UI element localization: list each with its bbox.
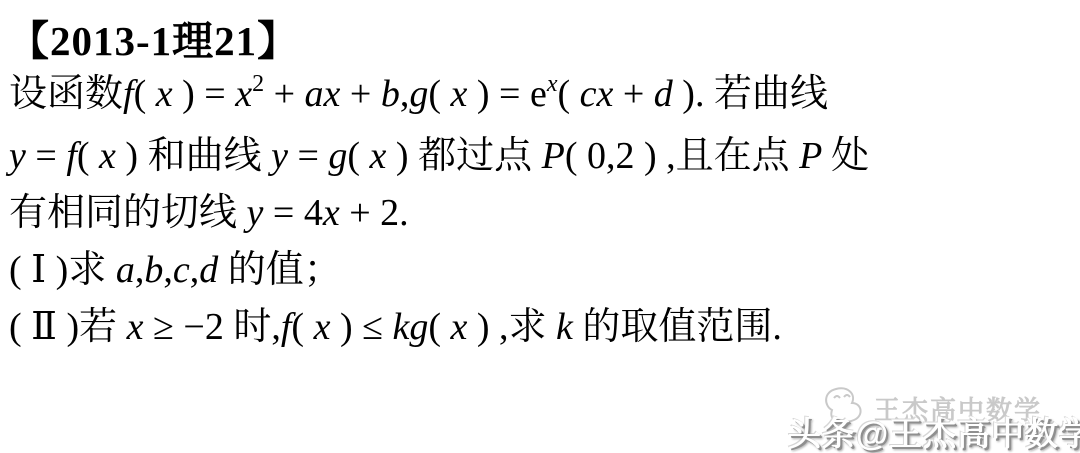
- text-segment: (: [557, 73, 579, 115]
- text-segment: y: [262, 135, 288, 177]
- text-segment: 2: [252, 71, 264, 97]
- problem-body: 设函数f( x ) = x2 + ax + b,g( x ) = ex( cx …: [9, 66, 1073, 356]
- text-segment: f: [66, 135, 77, 177]
- text-segment: g: [328, 135, 347, 177]
- text-segment: +: [264, 73, 304, 115]
- text-segment: d: [199, 249, 218, 291]
- text-segment: 的取值范围.: [582, 306, 782, 348]
- problem-line: 有相同的切线 y = 4x + 2.: [9, 185, 1073, 242]
- problem-line: ( Ⅱ )若 x ≥ −2 时,f( x ) ≤ kg( x ) ,求 k 的取…: [9, 299, 1073, 356]
- text-segment: 若曲线: [714, 73, 828, 115]
- text-segment: 时: [233, 306, 271, 348]
- text-segment: ) =: [173, 73, 236, 115]
- problem-line: y = f( x ) 和曲线 y = g( x ) 都过点 P( 0,2 ) ,…: [9, 128, 1073, 185]
- text-segment: x: [314, 306, 331, 348]
- text-segment: k: [547, 306, 583, 348]
- text-segment: x: [450, 306, 467, 348]
- text-segment: ax: [305, 73, 341, 115]
- text-segment: b: [144, 249, 163, 291]
- text-segment: 求: [68, 249, 106, 291]
- text-segment: ): [386, 135, 418, 177]
- text-segment: (: [134, 73, 156, 115]
- text-segment: x: [547, 71, 558, 97]
- text-segment: +: [613, 73, 653, 115]
- text-segment: (: [77, 135, 99, 177]
- text-segment: ,: [190, 249, 200, 291]
- problem-line: 设函数f( x ) = x2 + ax + b,g( x ) = ex( cx …: [9, 66, 1073, 128]
- text-segment: ).: [673, 73, 714, 115]
- text-segment: ( 0,2 ) ,: [565, 135, 676, 177]
- text-segment: ( Ⅱ ): [9, 306, 79, 348]
- problem-line: ( Ⅰ )求 a,b,c,d 的值；: [9, 242, 1073, 299]
- text-segment: ,: [135, 249, 145, 291]
- text-segment: + 2.: [340, 192, 409, 234]
- math-problem-page: 【2013-1理21】 设函数f( x ) = x2 + ax + b,g( x…: [0, 0, 1080, 453]
- text-segment: 的值；: [218, 249, 342, 291]
- text-segment: P: [532, 135, 565, 177]
- text-segment: = 4: [263, 192, 322, 234]
- text-segment: x: [117, 306, 143, 348]
- text-segment: (: [428, 73, 450, 115]
- text-segment: cx: [580, 73, 614, 115]
- text-segment: 且在点: [676, 135, 790, 177]
- text-segment: ≥ −2: [144, 306, 234, 348]
- text-segment: x: [156, 73, 173, 115]
- text-segment: d: [654, 73, 673, 115]
- problem-title: 【2013-1理21】: [8, 8, 299, 67]
- text-segment: 和曲线: [148, 135, 262, 177]
- text-segment: 有相同的切线: [9, 192, 237, 234]
- text-segment: y: [237, 192, 263, 234]
- text-segment: x: [235, 73, 252, 115]
- text-segment: y: [9, 135, 26, 177]
- text-segment: =: [26, 135, 66, 177]
- text-segment: b: [381, 73, 400, 115]
- text-segment: 若: [79, 306, 117, 348]
- text-segment: ) ≤: [330, 306, 392, 348]
- text-segment: 设函数: [9, 73, 123, 115]
- text-segment: a: [106, 249, 135, 291]
- watermark-large-text: 头条@王杰高中数学: [788, 408, 1080, 453]
- text-segment: c: [173, 249, 190, 291]
- text-segment: f: [123, 73, 134, 115]
- text-segment: ) ,: [467, 306, 508, 348]
- text-segment: 处: [831, 135, 869, 177]
- text-segment: +: [340, 73, 380, 115]
- text-segment: 都过点: [418, 135, 532, 177]
- text-segment: ,: [163, 249, 173, 291]
- text-segment: ): [116, 135, 148, 177]
- text-segment: x: [370, 135, 387, 177]
- text-segment: x: [323, 192, 340, 234]
- text-segment: x: [99, 135, 116, 177]
- text-segment: f: [281, 306, 292, 348]
- text-segment: g: [409, 73, 428, 115]
- text-segment: =: [288, 135, 328, 177]
- text-segment: ( Ⅰ ): [9, 249, 68, 291]
- text-segment: ) = e: [467, 73, 546, 115]
- text-segment: (: [428, 306, 450, 348]
- text-segment: x: [450, 73, 467, 115]
- text-segment: (: [291, 306, 313, 348]
- text-segment: ,: [271, 306, 281, 348]
- text-segment: P: [790, 135, 832, 177]
- text-segment: 求: [509, 306, 547, 348]
- text-segment: kg: [392, 306, 428, 348]
- text-segment: ,: [400, 73, 410, 115]
- text-segment: (: [347, 135, 369, 177]
